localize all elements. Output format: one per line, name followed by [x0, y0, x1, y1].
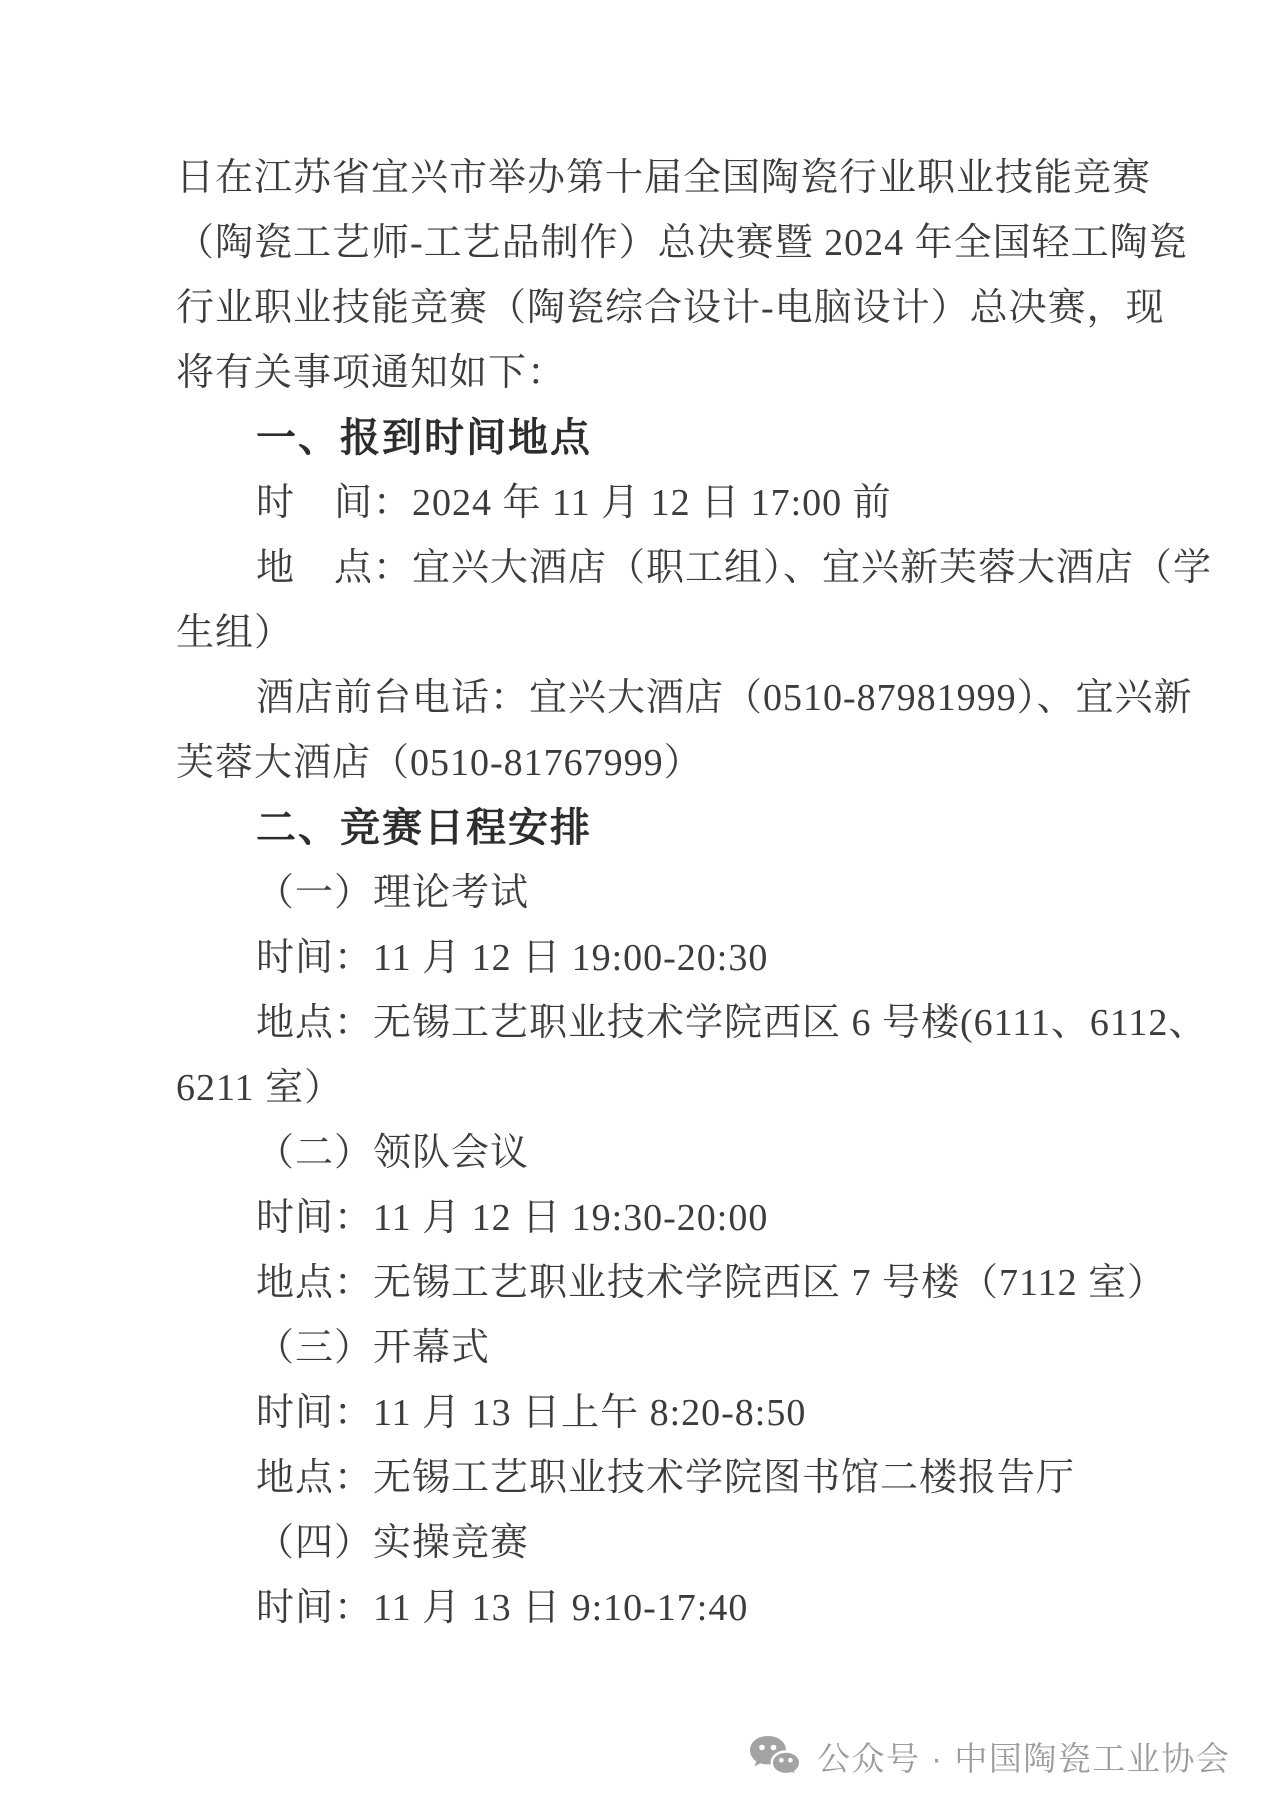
doc-line: 日在江苏省宜兴市举办第十届全国陶瓷行业职业技能竞赛	[176, 146, 1136, 211]
doc-line: 时间：11 月 12 日 19:00-20:30	[176, 926, 1136, 991]
doc-line: 生组）	[176, 601, 1136, 666]
doc-line: 地点：无锡工艺职业技术学院西区 6 号楼(6111、6112、	[176, 991, 1136, 1056]
doc-line: 时间：11 月 12 日 19:30-20:00	[176, 1186, 1136, 1251]
wechat-icon	[748, 1734, 802, 1780]
section-heading-1: 一、报到时间地点	[176, 406, 1136, 471]
doc-line: 将有关事项通知如下：	[176, 341, 1136, 406]
doc-line: （一）理论考试	[176, 861, 1136, 926]
wechat-footer: 公众号 · 中国陶瓷工业协会	[748, 1733, 1230, 1780]
doc-line: 地点：无锡工艺职业技术学院图书馆二楼报告厅	[176, 1446, 1136, 1511]
document-page: 日在江苏省宜兴市举办第十届全国陶瓷行业职业技能竞赛 （陶瓷工艺师-工艺品制作）总…	[176, 146, 1136, 1641]
doc-line: （陶瓷工艺师-工艺品制作）总决赛暨 2024 年全国轻工陶瓷	[176, 211, 1136, 276]
doc-line: （三）开幕式	[176, 1316, 1136, 1381]
doc-line: 时间：11 月 13 日上午 8:20-8:50	[176, 1381, 1136, 1446]
doc-line: 地点：无锡工艺职业技术学院西区 7 号楼（7112 室）	[176, 1251, 1136, 1316]
doc-line: 6211 室）	[176, 1056, 1136, 1121]
section-heading-2: 二、竞赛日程安排	[176, 796, 1136, 861]
doc-line: 时间：11 月 13 日 9:10-17:40	[176, 1576, 1136, 1641]
doc-line: 芙蓉大酒店（0510-81767999）	[176, 731, 1136, 796]
doc-line: （四）实操竞赛	[176, 1511, 1136, 1576]
wechat-account-label: 公众号 · 中国陶瓷工业协会	[817, 1733, 1230, 1780]
doc-line: （二）领队会议	[176, 1121, 1136, 1186]
doc-line: 行业职业技能竞赛（陶瓷综合设计-电脑设计）总决赛，现	[176, 276, 1136, 341]
doc-line: 地 点：宜兴大酒店（职工组）、宜兴新芙蓉大酒店（学	[176, 536, 1136, 601]
doc-line: 时 间：2024 年 11 月 12 日 17:00 前	[176, 471, 1136, 536]
doc-line: 酒店前台电话：宜兴大酒店（0510-87981999）、宜兴新	[176, 666, 1136, 731]
